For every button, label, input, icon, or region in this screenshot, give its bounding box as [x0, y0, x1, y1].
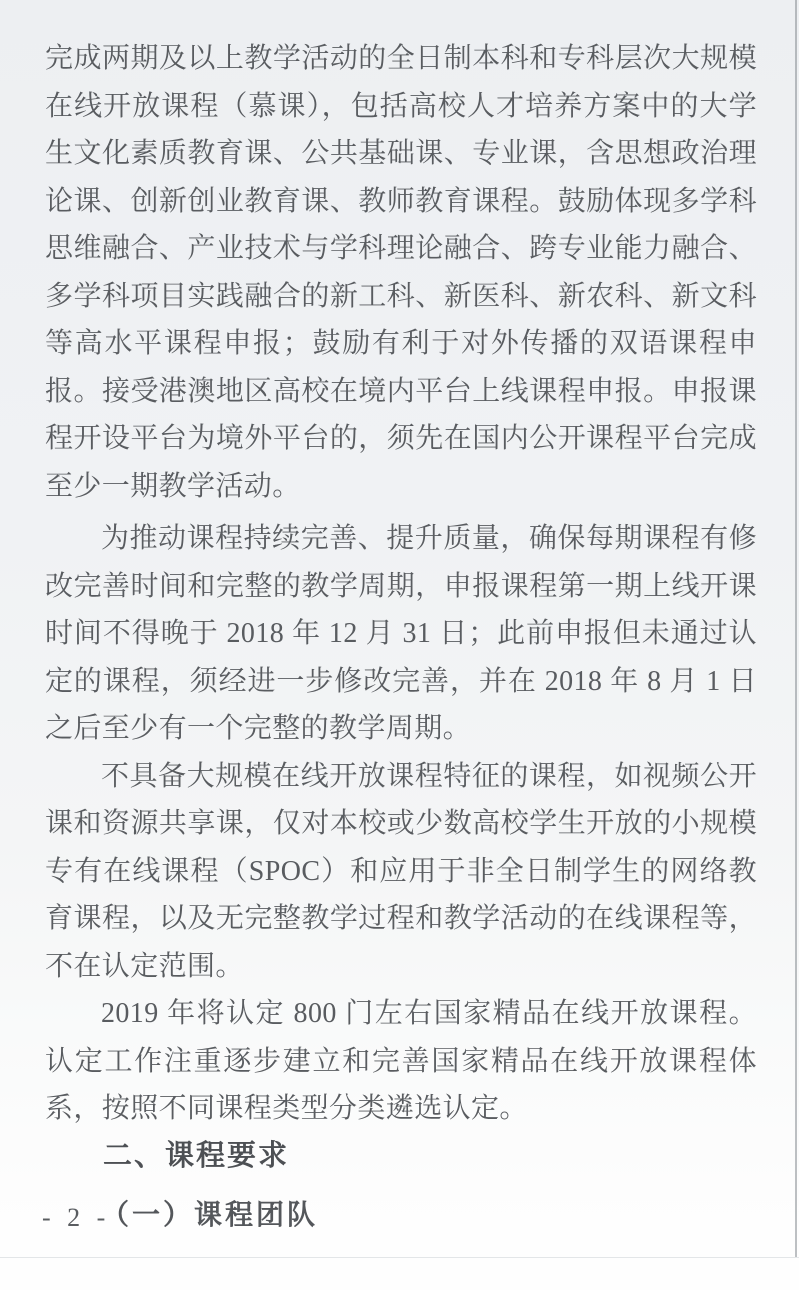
scan-edge-right-line: [795, 0, 797, 1260]
document-body: 完成两期及以上教学活动的全日制本科和专科层次大规模在线开放课程（慕课），包括高校…: [45, 35, 757, 1240]
paragraph: 不具备大规模在线开放课程特征的课程，如视频公开课和资源共享课，仅对本校或少数高校…: [45, 753, 757, 991]
scanned-document-page: 完成两期及以上教学活动的全日制本科和专科层次大规模在线开放课程（慕课），包括高校…: [0, 0, 799, 1290]
section-heading: 二、课程要求: [45, 1133, 757, 1181]
subsection-heading: （一）课程团队: [45, 1192, 757, 1240]
paragraph: 2019 年将认定 800 门左右国家精品在线开放课程。认定工作注重逐步建立和完…: [45, 990, 757, 1133]
scan-bottom-strip: [0, 1258, 799, 1290]
paragraph: 为推动课程持续完善、提升质量，确保每期课程有修改完善时间和完整的教学周期，申报课…: [45, 515, 757, 753]
page-number: - 2 -: [42, 1202, 110, 1234]
paragraph-continuation: 完成两期及以上教学活动的全日制本科和专科层次大规模在线开放课程（慕课），包括高校…: [45, 35, 757, 510]
